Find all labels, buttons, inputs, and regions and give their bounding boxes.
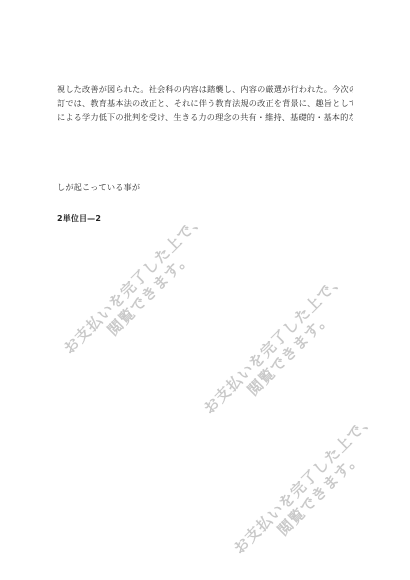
text-line: による学力低下の批判を受け、生きる力の理念の共有・維持、基礎的・基本的な知識・技: [57, 112, 353, 123]
text-line: しが起こっている事が: [57, 182, 353, 193]
watermark: お支払いを完了した上で、 閲覧できます。: [60, 209, 221, 370]
watermark: お支払いを完了した上で、 閲覧できます。: [230, 409, 391, 570]
text-line: 訂では、教育基本法の改正と、それに伴う教育法規の改正を背景に、趣旨として、ゆとり: [57, 98, 353, 109]
document-page: 視した改善が図られた。社会科の内容は踏襲し、内容の厳選が行われた。今次の第 8 …: [0, 0, 410, 580]
watermark: お支払いを完了した上で、 閲覧できます。: [200, 269, 361, 430]
text-line: 視した改善が図られた。社会科の内容は踏襲し、内容の厳選が行われた。今次の第 8 …: [57, 84, 353, 95]
